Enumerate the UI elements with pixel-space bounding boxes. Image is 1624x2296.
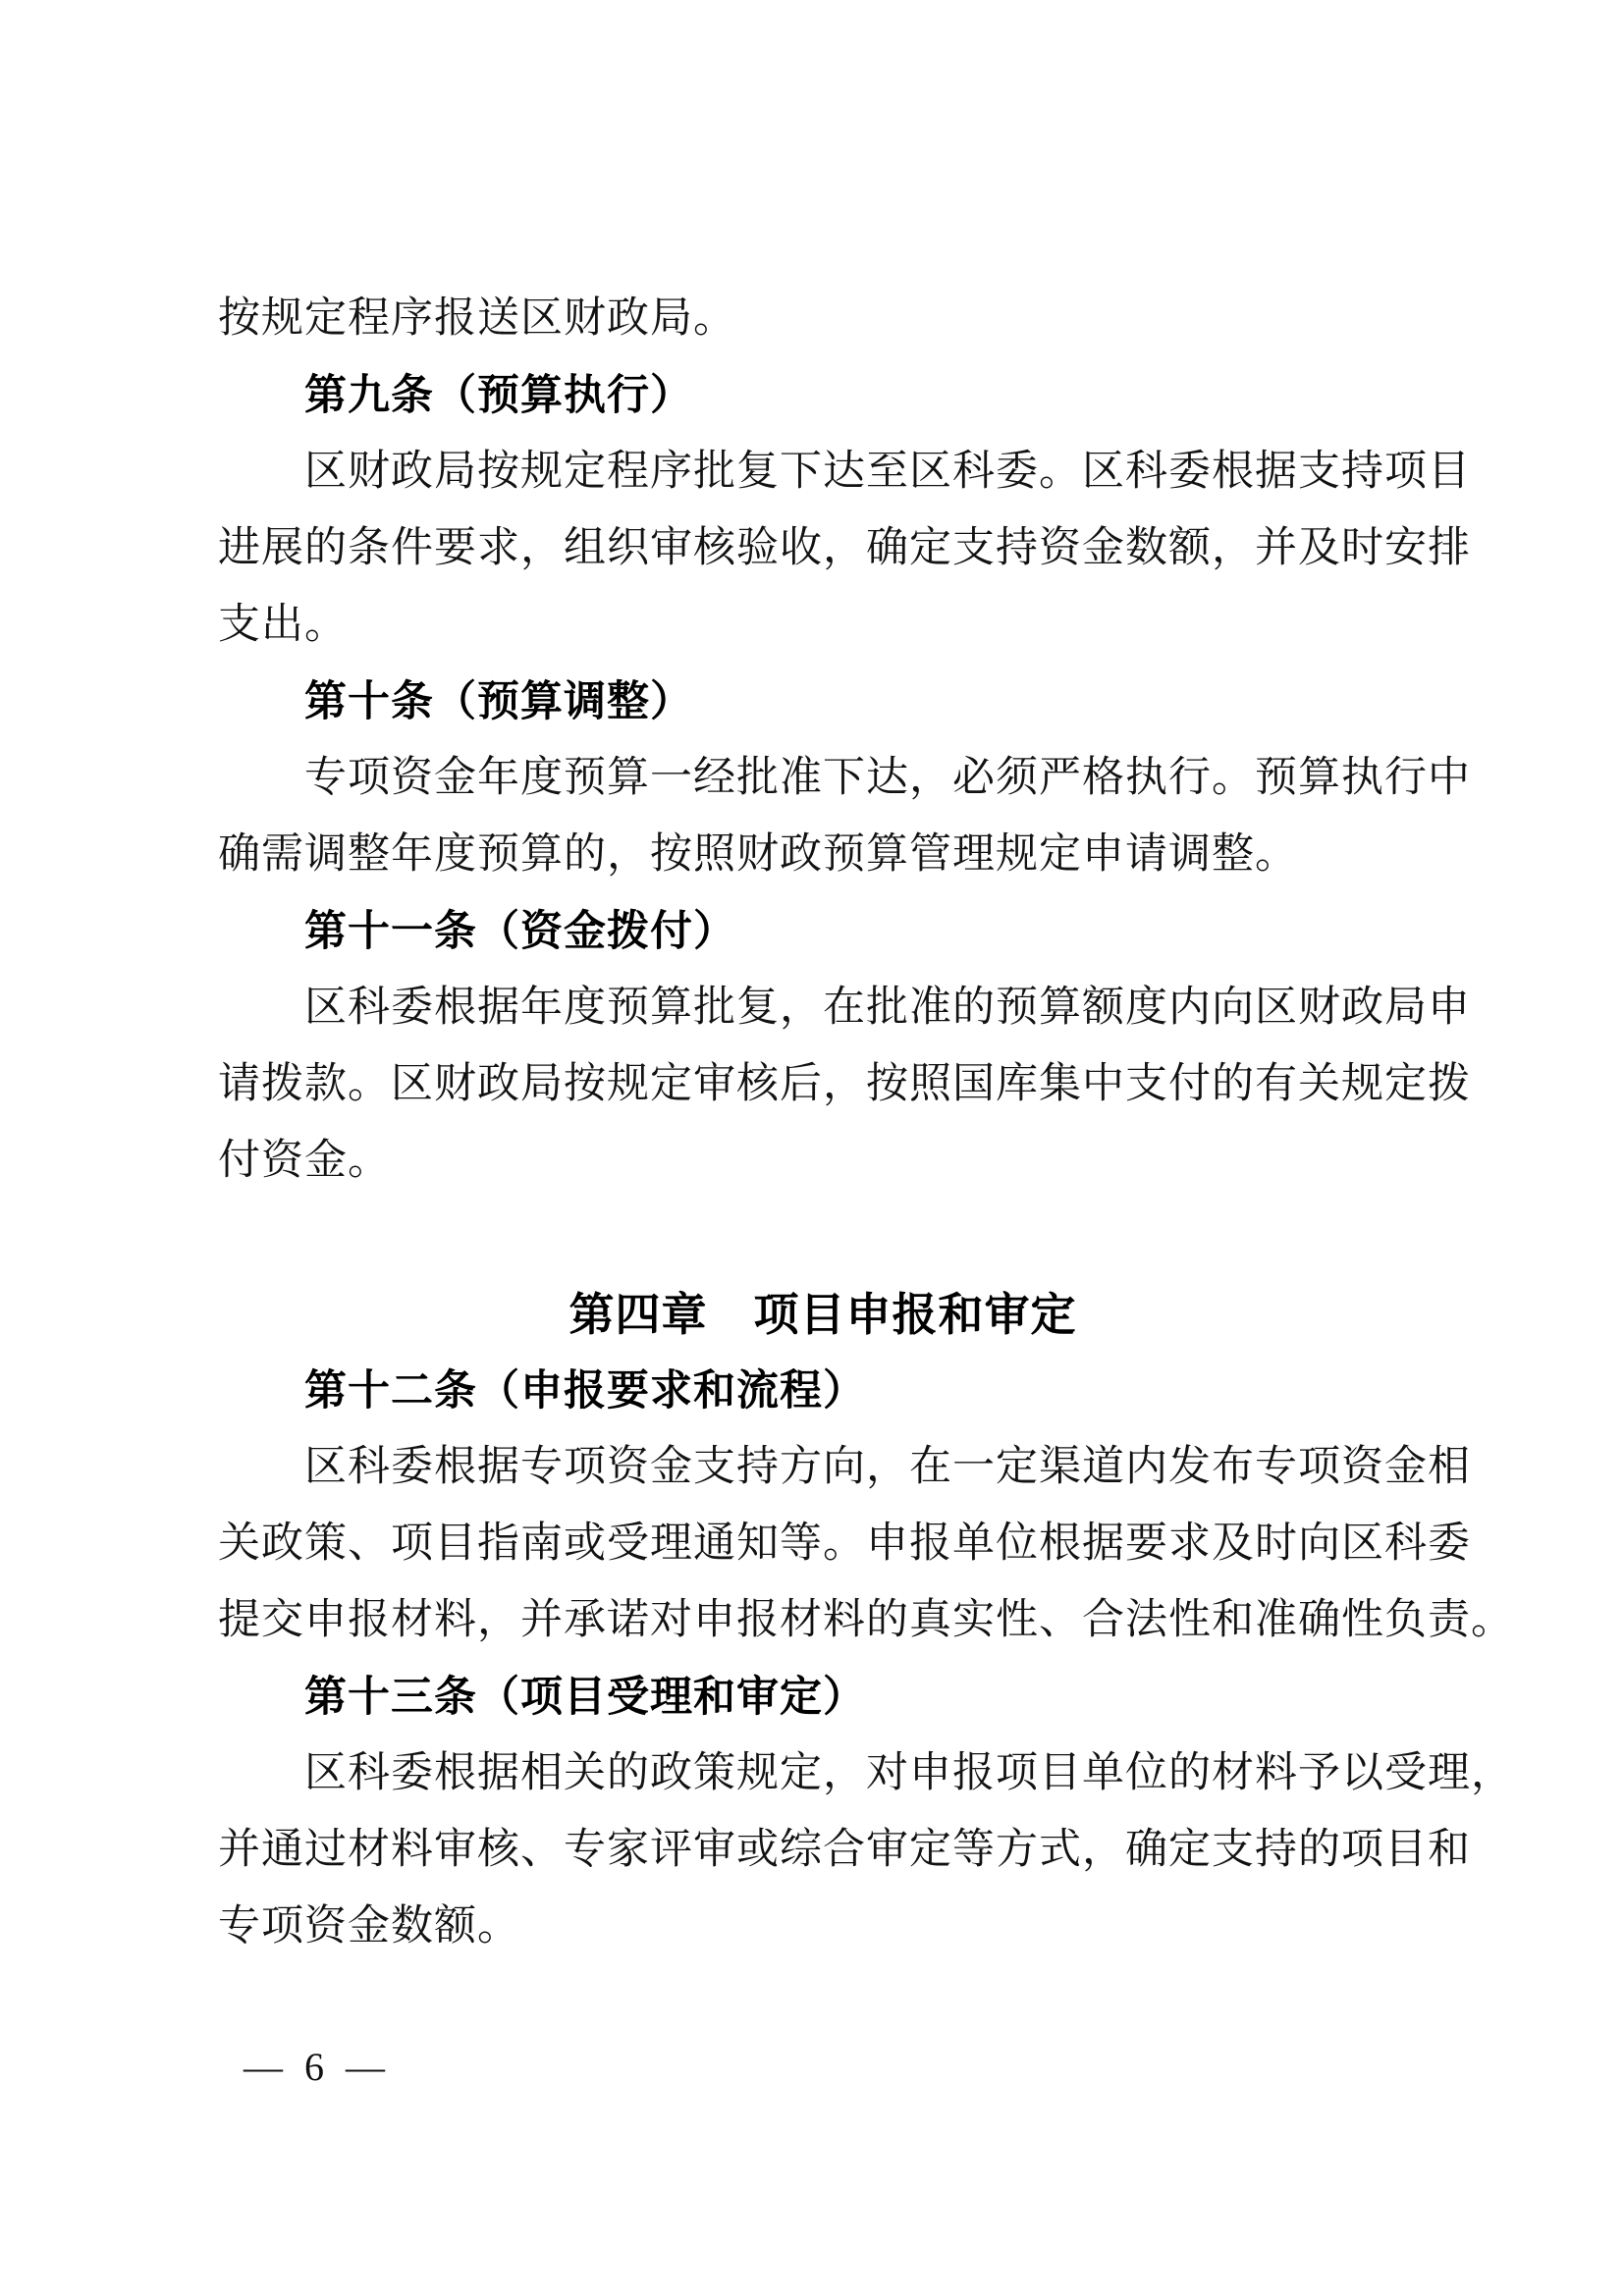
page-number: — 6 — bbox=[244, 2044, 391, 2091]
chapter-heading: 第四章 项目申报和审定 bbox=[218, 1276, 1428, 1353]
body-line: 支出。 bbox=[218, 587, 1428, 664]
article-heading: 第十一条（资金拨付） bbox=[218, 893, 1428, 970]
body-line: 请拨款。区财政局按规定审核后，按照国库集中支付的有关规定拨 bbox=[218, 1046, 1428, 1123]
body-line: 并通过材料审核、专家评审或综合审定等方式，确定支持的项目和 bbox=[218, 1812, 1428, 1889]
body-line: 区财政局按规定程序批复下达至区科委。区科委根据支持项目 bbox=[218, 434, 1428, 510]
body-line: 确需调整年度预算的，按照财政预算管理规定申请调整。 bbox=[218, 817, 1428, 893]
body-line: 区科委根据年度预算批复，在批准的预算额度内向区财政局申 bbox=[218, 970, 1428, 1046]
body-line: 按规定程序报送区财政局。 bbox=[218, 281, 1428, 357]
article-heading: 第十条（预算调整） bbox=[218, 664, 1428, 740]
body-line: 区科委根据专项资金支持方向，在一定渠道内发布专项资金相 bbox=[218, 1429, 1428, 1506]
article-heading: 第九条（预算执行） bbox=[218, 357, 1428, 434]
body-line: 区科委根据相关的政策规定，对申报项目单位的材料予以受理， bbox=[218, 1735, 1428, 1812]
body-line: 进展的条件要求，组织审核验收，确定支持资金数额，并及时安排 bbox=[218, 510, 1428, 587]
document-text-block: 按规定程序报送区财政局。 第九条（预算执行） 区财政局按规定程序批复下达至区科委… bbox=[218, 281, 1428, 1965]
body-line: 提交申报材料，并承诺对申报材料的真实性、合法性和准确性负责。 bbox=[218, 1582, 1428, 1659]
body-line: 付资金。 bbox=[218, 1123, 1428, 1200]
article-heading: 第十二条（申报要求和流程） bbox=[218, 1353, 1428, 1429]
body-line: 专项资金年度预算一经批准下达，必须严格执行。预算执行中 bbox=[218, 740, 1428, 817]
article-heading: 第十三条（项目受理和审定） bbox=[218, 1659, 1428, 1735]
body-line: 专项资金数额。 bbox=[218, 1889, 1428, 1965]
body-line: 关政策、项目指南或受理通知等。申报单位根据要求及时向区科委 bbox=[218, 1506, 1428, 1582]
document-page: 按规定程序报送区财政局。 第九条（预算执行） 区财政局按规定程序批复下达至区科委… bbox=[0, 0, 1624, 2296]
